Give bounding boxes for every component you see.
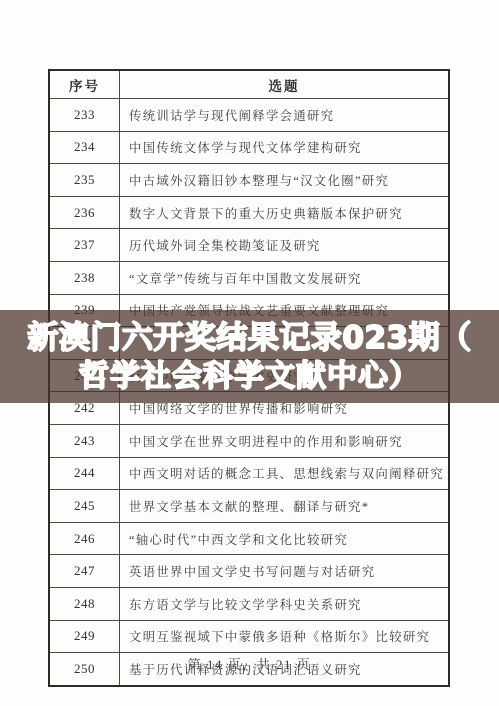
table-row: 243中国文学在世界文明进程中的作用和影响研究 <box>49 424 449 457</box>
row-number-cell: 237 <box>49 229 120 262</box>
row-number-cell: 245 <box>49 490 120 523</box>
topic-cell: 文明互鉴视域下中蒙俄多语种《格斯尔》比较研究 <box>120 620 450 653</box>
row-number-cell: 248 <box>49 587 120 620</box>
topic-cell: 历代域外词全集校勘笺证及研究 <box>120 229 450 262</box>
topic-cell: 中西文明对话的概念工具、思想线索与双向阐释研究 <box>120 457 450 490</box>
table-row: 234中国传统文体学与现代文体学建构研究 <box>49 131 449 164</box>
table-row: 238“文章学”传统与百年中国散文发展研究 <box>49 261 449 294</box>
row-number-cell: 247 <box>49 555 120 588</box>
row-number-cell: 246 <box>49 522 120 555</box>
row-number-cell: 236 <box>49 196 120 229</box>
table-row: 246“轴心时代”中西文学和文化比较研究 <box>49 522 449 555</box>
topic-cell: 世界文学基本文献的整理、翻译与研究* <box>120 490 450 523</box>
topic-cell: 中国文学在世界文明进程中的作用和影响研究 <box>120 424 450 457</box>
table-row: 248东方语文学与比较文学学科史关系研究 <box>49 587 449 620</box>
table-header-row: 序号 选题 <box>49 70 449 99</box>
table-row: 244中西文明对话的概念工具、思想线索与双向阐释研究 <box>49 457 449 490</box>
table-row: 233传统训诂学与现代阐释学会通研究 <box>49 99 449 132</box>
topic-cell: 传统训诂学与现代阐释学会通研究 <box>120 99 450 132</box>
scanned-document-page: 序号 选题 233传统训诂学与现代阐释学会通研究234中国传统文体学与现代文体学… <box>0 0 499 706</box>
table-row: 236数字人文背景下的重大历史典籍版本保护研究 <box>49 196 449 229</box>
watermark-title-line1: 新澳门六开奖结果记录023期（ <box>27 318 471 358</box>
page-number-footer: 第 14 页，共 21 页 <box>0 654 499 673</box>
watermark-overlay: 新澳门六开奖结果记录023期（ 哲学社会科学文献中心） <box>0 310 499 403</box>
topic-cell: 东方语文学与比较文学学科史关系研究 <box>120 587 450 620</box>
topic-cell: 中古域外汉籍旧钞本整理与“汉文化圈”研究 <box>120 164 450 197</box>
table-row: 237历代域外词全集校勘笺证及研究 <box>49 229 449 262</box>
header-index: 序号 <box>49 70 120 99</box>
table-row: 235中古域外汉籍旧钞本整理与“汉文化圈”研究 <box>49 164 449 197</box>
topic-cell: 英语世界中国文学史书写问题与对话研究 <box>120 555 450 588</box>
header-topic: 选题 <box>120 70 450 99</box>
topic-cell: 数字人文背景下的重大历史典籍版本保护研究 <box>120 196 450 229</box>
watermark-title-line2: 哲学社会科学文献中心） <box>79 358 420 396</box>
row-number-cell: 235 <box>49 164 120 197</box>
row-number-cell: 233 <box>49 99 120 132</box>
row-number-cell: 234 <box>49 131 120 164</box>
table-row: 245世界文学基本文献的整理、翻译与研究* <box>49 490 449 523</box>
row-number-cell: 249 <box>49 620 120 653</box>
topic-cell: “文章学”传统与百年中国散文发展研究 <box>120 261 450 294</box>
row-number-cell: 238 <box>49 261 120 294</box>
row-number-cell: 243 <box>49 424 120 457</box>
row-number-cell: 244 <box>49 457 120 490</box>
topic-cell: 中国传统文体学与现代文体学建构研究 <box>120 131 450 164</box>
topic-cell: “轴心时代”中西文学和文化比较研究 <box>120 522 450 555</box>
table-row: 247英语世界中国文学史书写问题与对话研究 <box>49 555 449 588</box>
table-row: 249文明互鉴视域下中蒙俄多语种《格斯尔》比较研究 <box>49 620 449 653</box>
